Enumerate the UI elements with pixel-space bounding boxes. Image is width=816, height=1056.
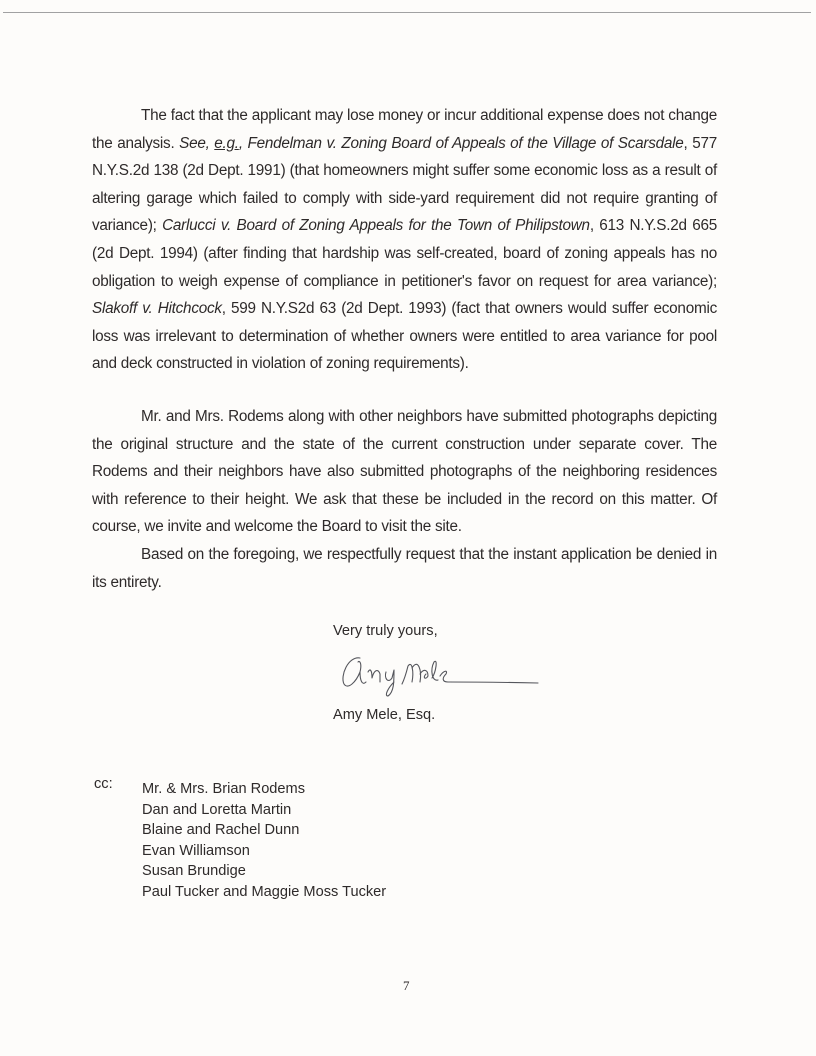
page-number: 7 (403, 978, 410, 994)
closing-salutation: Very truly yours, (333, 623, 438, 639)
paragraph-text: Based on the foregoing, we respectfully … (92, 541, 717, 596)
signature-image (338, 648, 558, 698)
case-slakoff: Slakoff v. Hitchcock (92, 300, 222, 317)
signal-eg: e.g. (214, 135, 239, 152)
paragraph-case-law: The fact that the applicant may lose mon… (92, 102, 717, 378)
paragraph-text: Mr. and Mrs. Rodems along with other nei… (92, 403, 717, 541)
signer-name: Amy Mele, Esq. (333, 707, 435, 723)
paragraph-request: Based on the foregoing, we respectfully … (92, 541, 717, 596)
scan-top-rule (3, 12, 811, 13)
case-carlucci: Carlucci v. Board of Zoning Appeals for … (162, 217, 590, 234)
cc-label: cc: (94, 776, 113, 792)
cc-recipient: Paul Tucker and Maggie Moss Tucker (142, 879, 386, 907)
signal-see: See, (179, 135, 214, 152)
case-fendelman: , Fendelman v. Zoning Board of Appeals o… (239, 135, 684, 152)
paragraph-photographs: Mr. and Mrs. Rodems along with other nei… (92, 403, 717, 541)
cc-list: Mr. & Mrs. Brian Rodems Dan and Loretta … (142, 776, 386, 907)
